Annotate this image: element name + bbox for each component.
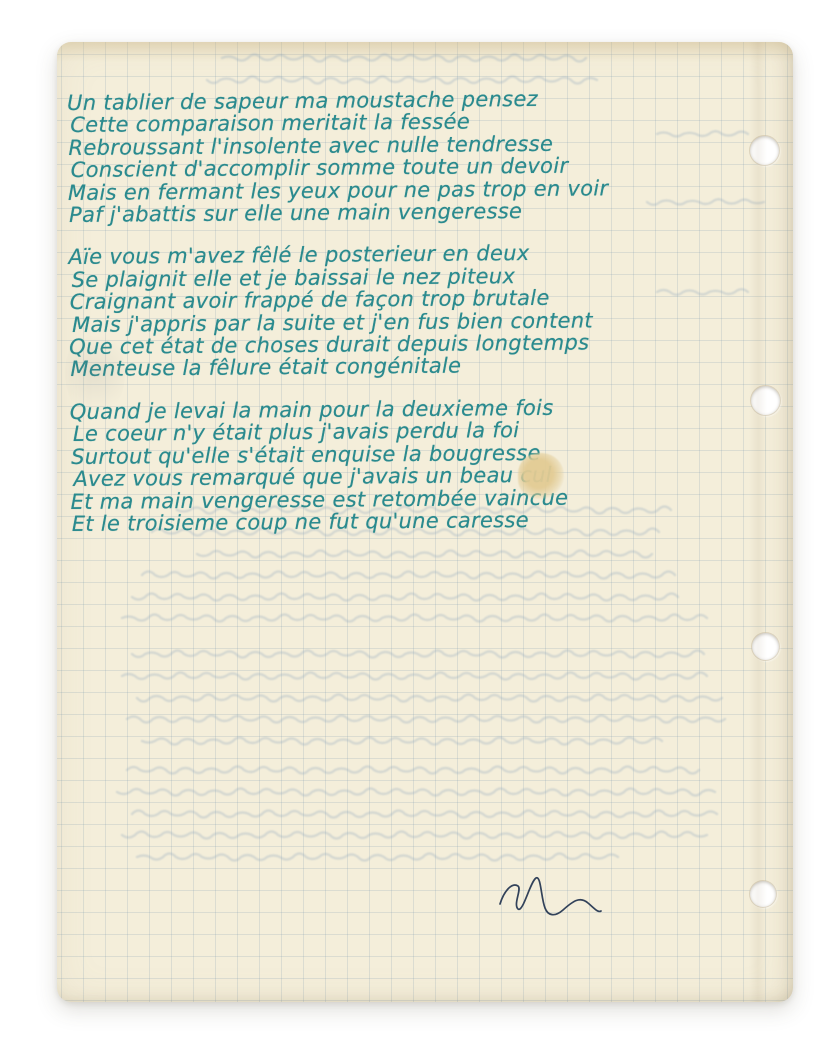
stanza-1: Un tablier de sapeur ma moustache pensez… xyxy=(67,86,768,227)
poem-text: Un tablier de sapeur ma moustache pensez… xyxy=(67,86,771,555)
punch-hole xyxy=(750,881,776,907)
verse-line: Paf j'abattis sur elle une main vengeres… xyxy=(68,198,768,227)
punch-hole xyxy=(752,633,779,660)
verse-line: Menteuse la fêlure était congénitale xyxy=(69,352,769,381)
punch-hole xyxy=(750,136,779,165)
verse-line: Et le troisieme coup ne fut qu'une cares… xyxy=(71,507,771,536)
paper-smudge xyxy=(65,328,125,418)
signature-paraph xyxy=(492,868,607,934)
punch-hole xyxy=(751,386,780,415)
manuscript-sheet: Un tablier de sapeur ma moustache pensez… xyxy=(57,42,793,1002)
stanza-3: Quand je levai la main pour la deuxieme … xyxy=(70,395,771,536)
stanza-2: Aïe vous m'avez fêlé le posterieur en de… xyxy=(68,240,769,381)
photograph-background: Un tablier de sapeur ma moustache pensez… xyxy=(0,0,840,1044)
